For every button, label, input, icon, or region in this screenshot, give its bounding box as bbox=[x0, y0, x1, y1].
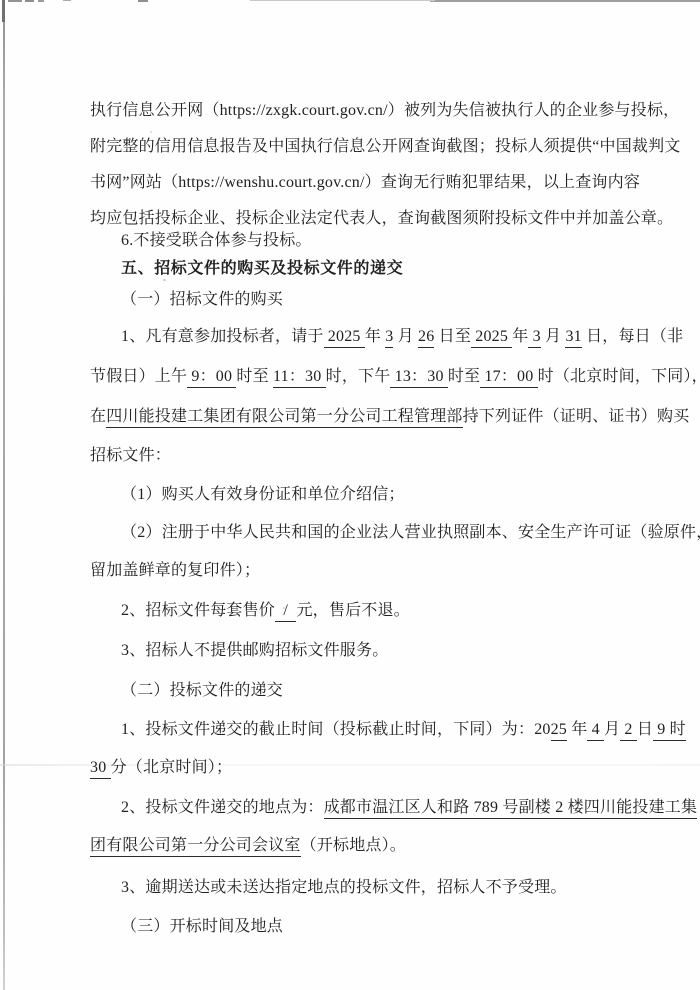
text-run: 时至 bbox=[448, 368, 480, 385]
underlined-text: 9 时 bbox=[653, 721, 686, 741]
text-run: 附完整的信用信息报告及中国执行信息公开网查询截图；投标人须提供“中国裁判文 bbox=[90, 138, 681, 155]
text-run: 日至 bbox=[434, 328, 471, 345]
document-line-15: 2、招标文件每套售价 / 元，售后不退。 bbox=[90, 600, 410, 621]
scan-left-edge-dark-tip bbox=[2, 0, 5, 22]
text-run: （一）招标文件的购买 bbox=[121, 291, 283, 308]
underlined-text: / bbox=[275, 602, 296, 622]
document-line-1: 执行信息公开网（https://zxgk.court.gov.cn/）被列为失信… bbox=[90, 100, 679, 121]
text-run: 3、招标人不提供邮购招标文件服务。 bbox=[121, 642, 388, 659]
document-line-19: 30 分（北京时间）； bbox=[90, 757, 232, 778]
text-run: 执行信息公开网（https://zxgk.court.gov.cn/）被列为失信… bbox=[90, 102, 679, 119]
document-text: 执行信息公开网（https://zxgk.court.gov.cn/）被列为失信… bbox=[90, 0, 668, 990]
text-run: 分（北京时间）； bbox=[111, 759, 233, 776]
document-line-8: 1、凡有意参加投标者，请于 2025 年 3 月 26 日至 2025 年 3 … bbox=[90, 326, 683, 347]
underlined-text: 团有限公司第一分公司会议室 bbox=[90, 837, 301, 857]
document-line-12: （1）购买人有效身份证和单位介绍信； bbox=[90, 484, 405, 505]
scan-artifact-tick bbox=[25, 0, 34, 2]
text-run: 时至 bbox=[236, 368, 273, 385]
document-line-6: 五、招标文件的购买及投标文件的递交 bbox=[90, 258, 403, 279]
text-run: 留加盖鲜章的复印件）； bbox=[90, 562, 260, 579]
text-run: 1、凡有意参加投标者，请于 bbox=[121, 328, 324, 345]
document-line-10: 在四川能投建工集团有限公司第一分公司工程管理部持下列证件（证明、证书）购买 bbox=[90, 406, 689, 427]
text-run: 年 bbox=[567, 721, 587, 738]
document-line-21: 团有限公司第一分公司会议室（开标地点）。 bbox=[90, 835, 406, 856]
underlined-text: 13：30 bbox=[390, 368, 447, 388]
text-run: 月 bbox=[541, 328, 566, 345]
text-run: （2）注册于中华人民共和国的企业法人营业执照副本、安全生产许可证（验原件， bbox=[121, 524, 700, 541]
underlined-text: 31 bbox=[565, 328, 581, 348]
text-run: 2、招标文件每套售价 bbox=[121, 602, 275, 619]
document-line-22: 3、逾期送达或未送达指定地点的投标文件，招标人不予受理。 bbox=[90, 877, 567, 898]
underlined-text: 2025 bbox=[324, 328, 365, 348]
document-line-7: （一）招标文件的购买 bbox=[90, 289, 283, 310]
text-run: 1、投标文件递交的截止时间（投标截止时间，下同）为：20 bbox=[121, 721, 551, 738]
document-line-20: 2、投标文件递交的地点为：成都市温江区人和路 789 号副楼 2 楼四川能投建工… bbox=[90, 797, 697, 818]
text-run: 元，售后不退。 bbox=[296, 602, 409, 619]
scan-artifact-tick bbox=[8, 0, 22, 2]
document-line-16: 3、招标人不提供邮购招标文件服务。 bbox=[90, 640, 388, 661]
document-line-5: 6.不接受联合体参与投标。 bbox=[90, 230, 312, 251]
document-line-4: 均应包括投标企业、投标企业法定代表人，查询截图须附投标文件中并加盖公章。 bbox=[90, 208, 673, 229]
text-run: 日，每日（非 bbox=[582, 328, 683, 345]
text-run: 年 bbox=[365, 328, 385, 345]
scan-artifact-tick bbox=[38, 0, 44, 2]
text-run: 6.不接受联合体参与投标。 bbox=[121, 232, 312, 249]
underlined-text: 17：00 bbox=[480, 368, 537, 388]
scan-artifact-tick bbox=[63, 0, 71, 1]
document-line-14: 留加盖鲜章的复印件）； bbox=[90, 560, 260, 581]
text-run: 持下列证件（证明、证书）购买 bbox=[463, 408, 690, 425]
underlined-text: 30 bbox=[90, 759, 111, 779]
text-run: （1）购买人有效身份证和单位介绍信； bbox=[121, 486, 405, 503]
text-run: 时（北京时间，下同）， bbox=[538, 368, 700, 385]
text-run: 时，下午 bbox=[326, 368, 391, 385]
text-run: 招标文件： bbox=[90, 447, 171, 464]
document-line-13: （2）注册于中华人民共和国的企业法人营业执照副本、安全生产许可证（验原件， bbox=[90, 522, 700, 543]
document-line-17: （二）投标文件的递交 bbox=[90, 680, 283, 701]
text-run: （三）开标时间及地点 bbox=[121, 918, 283, 935]
text-run: 月 bbox=[393, 328, 418, 345]
underlined-text: 2025 bbox=[471, 328, 512, 348]
text-run: 五、招标文件的购买及投标文件的递交 bbox=[121, 260, 403, 277]
document-line-18: 1、投标文件递交的截止时间（投标截止时间，下同）为：2025 年 4 月 2 日… bbox=[90, 719, 686, 740]
scan-left-edge-line bbox=[3, 0, 5, 990]
underlined-text: 25 bbox=[551, 721, 567, 741]
underlined-text: 成都市温江区人和路 789 号副楼 2 楼四川能投建工集 bbox=[324, 799, 698, 819]
text-run: 均应包括投标企业、投标企业法定代表人，查询截图须附投标文件中并加盖公章。 bbox=[90, 210, 673, 227]
text-run: 3、逾期送达或未送达指定地点的投标文件，招标人不予受理。 bbox=[121, 879, 567, 896]
text-run: 在 bbox=[90, 408, 106, 425]
text-run: 节假日）上午 bbox=[90, 368, 187, 385]
document-line-11: 招标文件： bbox=[90, 445, 171, 466]
text-run: 书网”网站（https://wenshu.court.gov.cn/）查询无行贿… bbox=[90, 174, 640, 191]
text-run: 月 bbox=[604, 721, 620, 738]
scanned-document-page: 执行信息公开网（https://zxgk.court.gov.cn/）被列为失信… bbox=[0, 0, 700, 990]
underlined-text: 四川能投建工集团有限公司第一分公司工程管理部 bbox=[106, 408, 462, 428]
text-run: 2、投标文件递交的地点为： bbox=[121, 799, 324, 816]
document-line-23: （三）开标时间及地点 bbox=[90, 916, 283, 937]
text-run: 日 bbox=[637, 721, 653, 738]
underlined-text: 2 bbox=[620, 721, 637, 741]
document-line-2: 附完整的信用信息报告及中国执行信息公开网查询截图；投标人须提供“中国裁判文 bbox=[90, 136, 681, 157]
document-line-9: 节假日）上午 9：00 时至 11：30 时，下午 13：30 时至 17：00… bbox=[90, 366, 700, 387]
underlined-text: 26 bbox=[418, 328, 434, 348]
text-run: （二）投标文件的递交 bbox=[121, 682, 283, 699]
underlined-text: 11：30 bbox=[273, 368, 326, 388]
text-run: （开标地点）。 bbox=[301, 837, 406, 854]
document-line-3: 书网”网站（https://wenshu.court.gov.cn/）查询无行贿… bbox=[90, 172, 640, 193]
underlined-text: 4 bbox=[587, 721, 604, 741]
underlined-text: 9：00 bbox=[187, 368, 236, 388]
underlined-text: 3 bbox=[528, 328, 540, 348]
text-run: 年 bbox=[512, 328, 528, 345]
